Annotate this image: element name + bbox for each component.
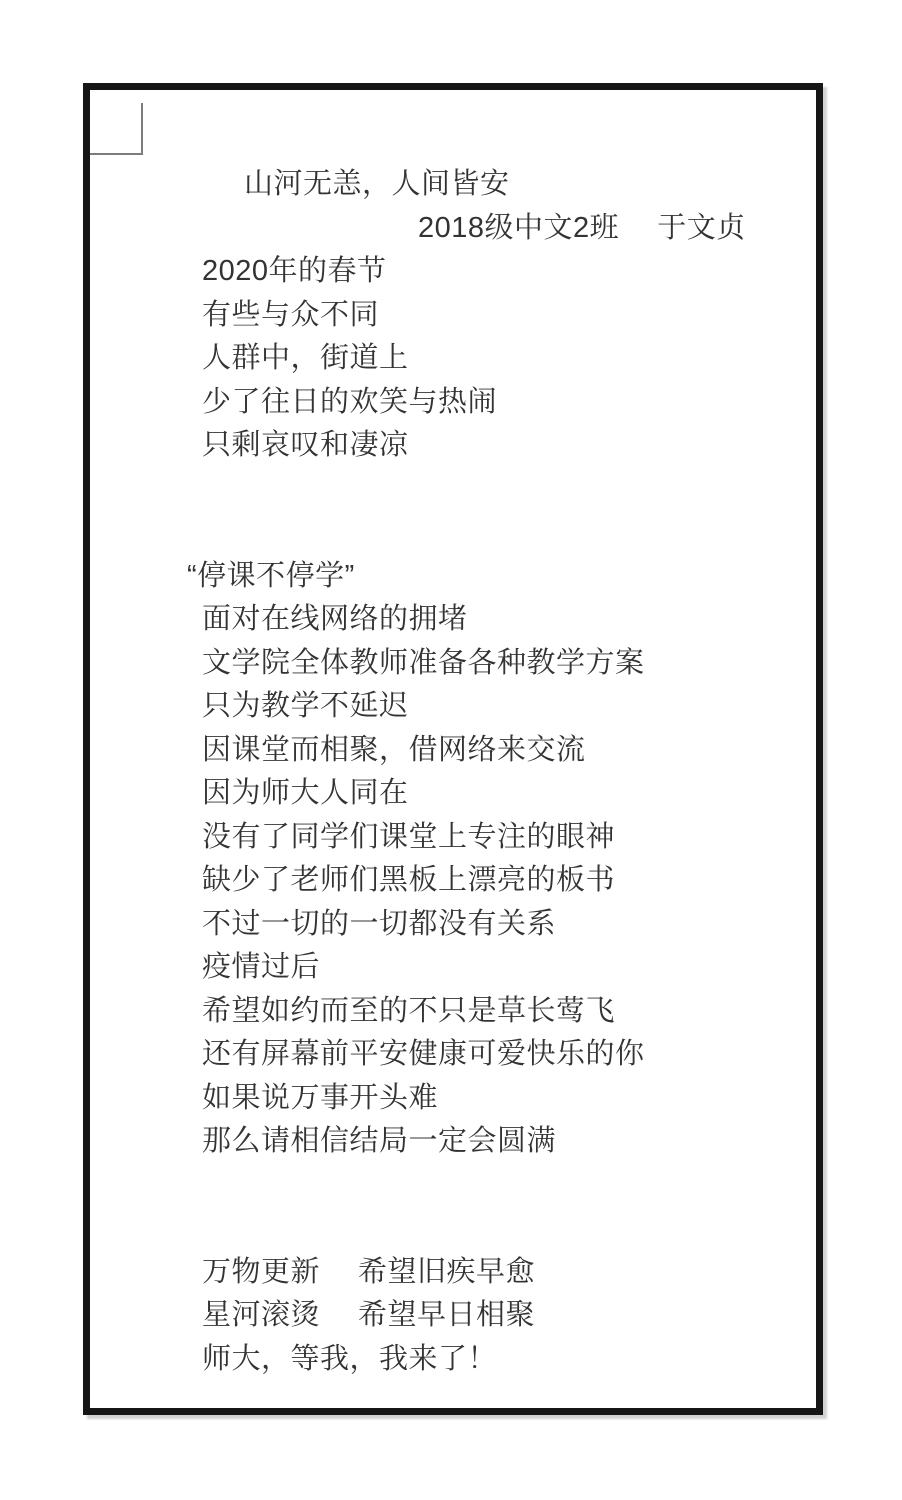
stanza-3: 万物更新 希望旧疾早愈 星河滚烫 希望早日相聚 师大，等我，我来了！ [90,1251,816,1382]
poem-line: “停课不停学” [187,555,816,599]
poem-line: 还有屏幕前平安健康可爱快乐的你 [202,1033,816,1077]
poem-line: 星河滚烫 希望早日相聚 [202,1294,816,1338]
poem-line: 只剩哀叹和凄凉 [202,424,816,468]
page-content-area: 山河无恙，人间皆安 2018级中文2班 于文贞 2020年的春节 有些与众不同 … [90,90,816,1408]
poem-line: 疫情过后 [202,946,816,990]
document-page: 山河无恙，人间皆安 2018级中文2班 于文贞 2020年的春节 有些与众不同 … [83,83,823,1415]
poem-line: 人群中，街道上 [202,337,816,381]
poem-line: 那么请相信结局一定会圆满 [202,1120,816,1164]
poem-line: 万物更新 希望旧疾早愈 [202,1251,816,1295]
poem-title: 山河无恙，人间皆安 [244,163,816,207]
poem-line: 没有了同学们课堂上专注的眼神 [202,816,816,860]
poem-line: 只为教学不延迟 [202,685,816,729]
poem-line: 因为师大人同在 [202,772,816,816]
poem-line: 有些与众不同 [202,294,816,338]
poem-line: 少了往日的欢笑与热闹 [202,381,816,425]
poem-line: 缺少了老师们黑板上漂亮的板书 [202,859,816,903]
poem-line: 不过一切的一切都没有关系 [202,903,816,947]
screenshot-root: 山河无恙，人间皆安 2018级中文2班 于文贞 2020年的春节 有些与众不同 … [0,0,902,1500]
poem-line: 如果说万事开头难 [202,1077,816,1121]
poem-body: 山河无恙，人间皆安 2018级中文2班 于文贞 2020年的春节 有些与众不同 … [90,90,816,1381]
poem-line: 因课堂而相聚，借网络来交流 [202,729,816,773]
poem-line: 面对在线网络的拥堵 [202,598,816,642]
poem-line: 文学院全体教师准备各种教学方案 [202,642,816,686]
stanza-1: 2020年的春节 有些与众不同 人群中，街道上 少了往日的欢笑与热闹 只剩哀叹和… [90,250,816,468]
poem-byline: 2018级中文2班 于文贞 [418,207,816,251]
stanza-2: “停课不停学” 面对在线网络的拥堵 文学院全体教师准备各种教学方案 只为教学不延… [90,555,816,1164]
poem-line: 希望如约而至的不只是草长莺飞 [202,990,816,1034]
poem-line: 师大，等我，我来了！ [202,1338,816,1382]
poem-line: 2020年的春节 [202,250,816,294]
